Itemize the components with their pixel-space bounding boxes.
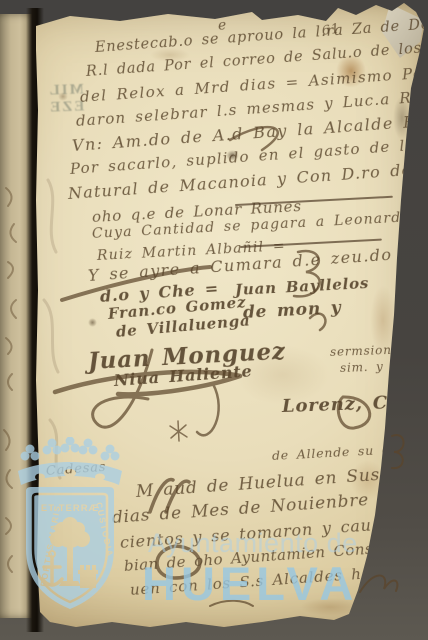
ink-speck (88, 318, 97, 327)
document-scan: MIL EZE e 61 Enestecab.o se aprouo la l.… (0, 0, 428, 640)
watermark-org-text: Ayuntamiento de (148, 528, 358, 559)
bleedthrough-stamp-line: MIL (47, 81, 84, 99)
signature-line: de mon y (242, 298, 341, 323)
crest-blue-fill (6, 437, 134, 621)
handwriting-line: sim. y (340, 359, 384, 375)
watermark-city-text: HUELVA (142, 556, 358, 611)
huelva-coat-of-arms-watermark: ET TERRÆ PORTUS MARIS CUSTODIA (6, 437, 134, 621)
signature-lorenzo-calvo: Lorenz, Calue (282, 391, 428, 417)
handwriting-line: de Allende su criado (272, 440, 427, 463)
handwriting-line: sermsion (330, 343, 392, 359)
signature-juan-bayllelos: Juan Bayllelos (235, 274, 370, 299)
